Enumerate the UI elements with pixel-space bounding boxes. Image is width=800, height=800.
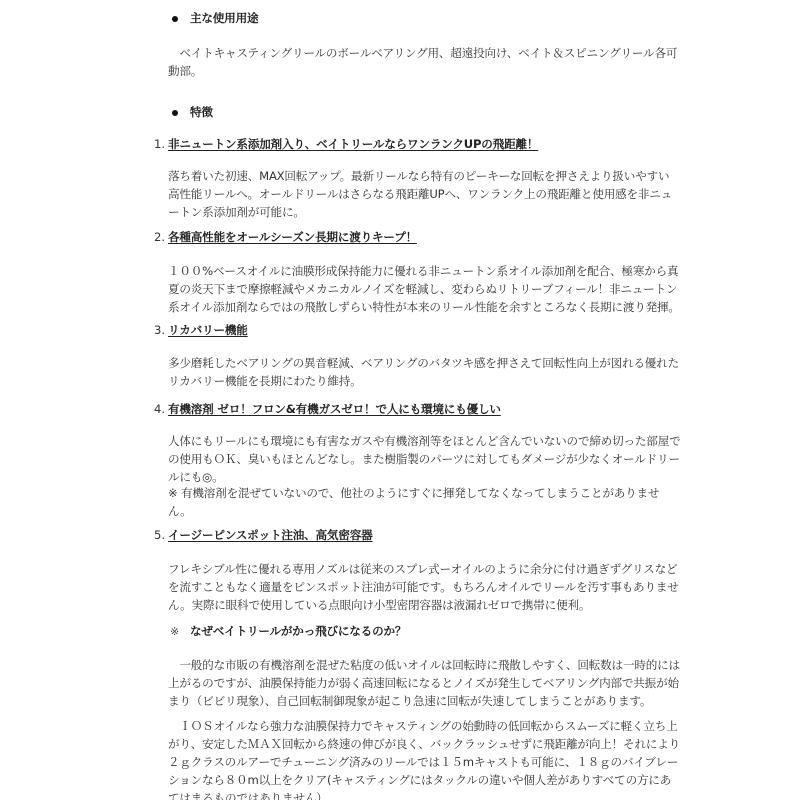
feature-title: 非ニュートン系添加剤入り、ベイトリールならワンランクUPの飛距離！ — [168, 135, 538, 154]
feature-body-line: 多少磨耗したベアリングの異音軽減、ベアリングのバタツキ感を押さえて回転性向上が図… — [168, 354, 679, 373]
bullet-icon — [172, 16, 178, 22]
feature-number: 3. — [154, 321, 165, 340]
features-heading: 特徴 — [190, 103, 213, 122]
note-paragraph-line: 上がるのですが、油膜保持能力が弱く高速回転になるとノイズが発生してベアリング内部… — [168, 674, 679, 693]
feature-title: リカバリー機能 — [168, 321, 248, 340]
feature-body-line: １００%ベースオイルに油膜形成保持能力に優れる非ニュートン系オイル添加剤を配合、… — [168, 262, 678, 281]
product-description-document: 主な使用用途 ベイトキャスティングリールのボールベアリング用、超遠投向け、ベイト… — [0, 0, 800, 800]
reference-mark-icon: ※ — [170, 622, 179, 641]
feature-note-line: ん。 — [168, 502, 191, 521]
feature-note-line: ※ 有機溶剤を混ぜていないので、他社のようにすぐに揮発してなくなってしまうことが… — [168, 484, 659, 503]
feature-title: 有機溶剤 ゼロ！フロン&有機ガスゼロ！で人にも環境にも優しい — [168, 400, 501, 419]
usage-body-line: ベイトキャスティングリールのボールベアリング用、超遠投向け、ベイト＆スピニングリ… — [168, 44, 677, 63]
note-heading: なぜベイトリールがかっ飛びになるのか？ — [190, 622, 406, 641]
note-paragraph-line: てはまるものではありません）。 — [168, 789, 333, 800]
feature-number: 5. — [154, 526, 165, 545]
note-paragraph-line: ＩＯＳオイルなら強力な油膜保持力でキャスティングの始動時の低回転からスムーズに軽… — [168, 717, 678, 736]
note-paragraph-line: まり（ビビリ現象）、自己回転制御現象が起こり急速に回転が失速してしまうことがあり… — [168, 692, 651, 711]
feature-body-line: ん。実際に眼科で使用している点眼向け小型密閉容器は液漏れゼロで携帯に便利。 — [168, 596, 590, 615]
note-paragraph-line: ションなら８０m以上をクリア(キャスティングにはタックルの違いや個人差がありすべ… — [168, 771, 671, 790]
feature-body-line: 高性能リールへ。オールドリールはさらなる飛距離UPへ、ワンランク上の飛距離と使用… — [168, 185, 672, 204]
note-paragraph-line: ２ｇクラスのルアーでチューニング済みのリールでは１５mキャストも可能に、１８ｇの… — [168, 753, 678, 772]
feature-number: 2. — [154, 228, 165, 247]
usage-heading: 主な使用用途 — [190, 9, 258, 28]
feature-body-line: 落ち着いた初速、MAX回転アップ。最新リールなら特有のピーキーな回転を押さえより… — [168, 167, 669, 186]
feature-number: 1. — [154, 135, 165, 154]
feature-body-line: 系オイル添加剤ならではの飛散しずらい特性が本来のリール性能を余すところなく長期に… — [168, 298, 680, 317]
feature-body-line: を流すこともなく適量をピンスポット注油が可能です。もちろんオイルでリールを汚す事… — [168, 578, 679, 597]
feature-number: 4. — [154, 400, 165, 419]
bullet-icon — [172, 110, 178, 116]
feature-body-line: ートン系添加剤が可能に。 — [168, 203, 305, 222]
feature-body-line: の使用もＯＫ、臭いもほとんどなし。また樹脂製のパーツに対してもダメージが少なくオ… — [168, 450, 680, 469]
feature-title: 各種高性能をオールシーズン長期に渡りキープ！ — [168, 228, 417, 247]
feature-title: イージーピンスポット注油、高気密容器 — [168, 526, 373, 545]
feature-body-line: フレキシブル性に優れる専用ノズルは従来のスプレ式ーオイルのように余分に付け過ぎず… — [168, 560, 677, 579]
feature-body-line: リカバリー機能を長期にわたり維持。 — [168, 372, 362, 391]
note-paragraph-line: 一般的な市販の有機溶剤を混ぜた粘度の低いオイルは回転時に飛散しやすく、回転数は一… — [168, 656, 680, 675]
usage-body-line: 動部。 — [168, 62, 202, 81]
feature-body-line: 人体にもリールにも環境にも有害なガスや有機溶剤等をほとんど含んでいないので締め切… — [168, 432, 681, 451]
note-paragraph-line: がり、安定したＭＡＸ回転から終速の伸びが良く、バックラッシュせずに飛距離が向上！… — [168, 735, 680, 754]
feature-body-line: 夏の炎天下まで摩擦軽減やメカニカルノイズを軽減し、変わらぬリトリーブフィール！非… — [168, 280, 677, 299]
